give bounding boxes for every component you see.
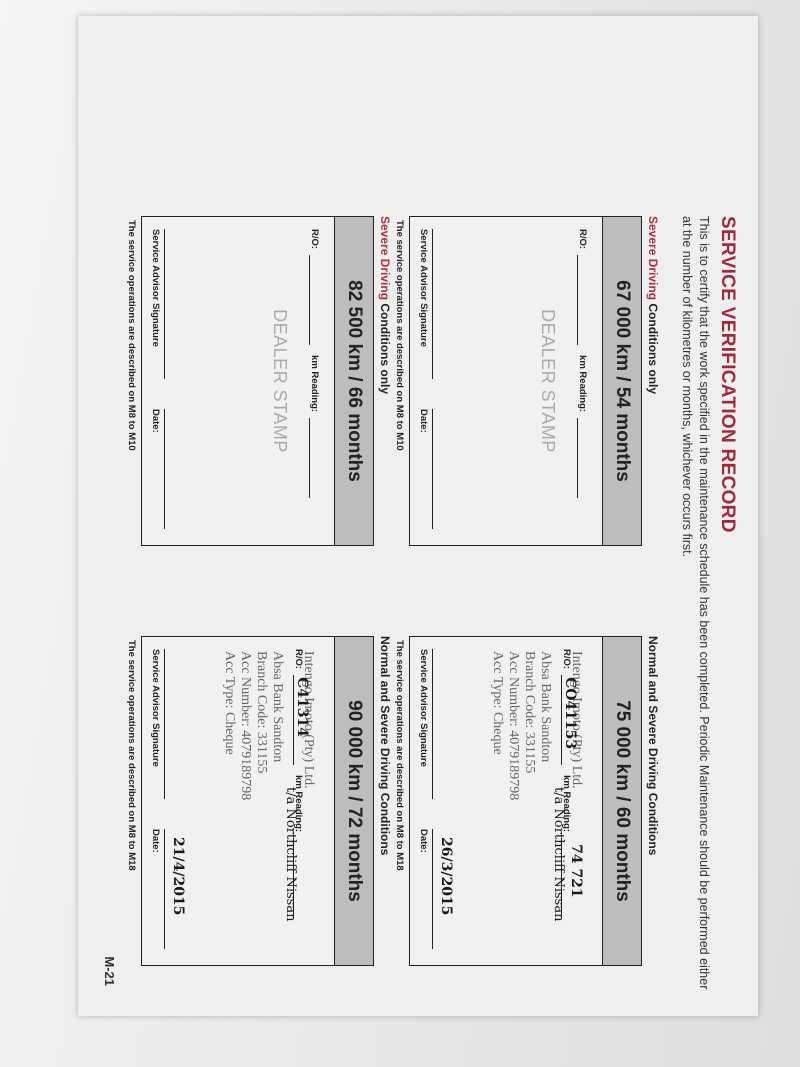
interval-heading: 67 000 km / 54 months	[602, 217, 641, 545]
km-reading-label: km Reading:	[577, 355, 588, 412]
service-card-67000: Severe Driving Conditions only 67 000 km…	[394, 216, 660, 546]
service-box: 82 500 km / 66 months R/O:km Reading: DE…	[141, 216, 374, 546]
intro-text: This is to certify that the work specifi…	[678, 216, 712, 996]
dealer-name: t/a Northcliff Nissan	[551, 787, 566, 921]
signature-field[interactable]: Service Advisor Signature	[418, 649, 433, 799]
ro-field[interactable]: CO41153	[561, 675, 576, 765]
dealer-stamp-area: DEALER STAMP	[269, 217, 290, 545]
condition-label: Normal and Severe Driving Conditions	[378, 636, 392, 966]
interval-heading: 82 500 km / 66 months	[334, 217, 373, 545]
km-reading-field[interactable]	[577, 418, 592, 498]
date-field[interactable]: Date:26/3/2015	[418, 829, 433, 949]
ro-label: R/O:	[577, 229, 588, 249]
interval-heading: 90 000 km / 72 months	[334, 637, 373, 965]
service-box: 75 000 km / 60 months Intengo Imoto (Pty…	[409, 636, 642, 966]
signature-field[interactable]: Service Advisor Signature	[150, 229, 165, 379]
page-number: M-21	[102, 956, 117, 986]
ro-field[interactable]	[577, 255, 592, 345]
interval-heading: 75 000 km / 60 months	[602, 637, 641, 965]
date-field[interactable]: Date:	[418, 409, 433, 529]
condition-label: Severe Driving Conditions only	[378, 216, 392, 546]
service-card-75000: Normal and Severe Driving Conditions 75 …	[394, 636, 660, 966]
km-reading-field[interactable]	[309, 418, 324, 498]
km-reading-label: km Reading:	[309, 355, 320, 412]
service-card-90000: Normal and Severe Driving Conditions 90 …	[126, 636, 392, 966]
service-note: The service operations are described on …	[126, 636, 141, 966]
date-field[interactable]: Date:21/4/2015	[150, 829, 165, 949]
service-note: The service operations are described on …	[126, 216, 141, 546]
ro-field[interactable]	[309, 255, 324, 345]
condition-label: Severe Driving Conditions only	[646, 216, 660, 546]
booklet-page: SERVICE VERIFICATION RECORD This is to c…	[78, 16, 758, 1016]
condition-label: Normal and Severe Driving Conditions	[646, 636, 660, 966]
service-note: The service operations are described on …	[394, 216, 409, 546]
page-title: SERVICE VERIFICATION RECORD	[716, 216, 738, 533]
service-card-82500: Severe Driving Conditions only 82 500 km…	[126, 216, 392, 546]
date-field[interactable]: Date:	[150, 409, 165, 529]
service-box: 90 000 km / 72 months Intengo Imoto (Pty…	[141, 636, 374, 966]
service-box: 67 000 km / 54 months R/O:km Reading: DE…	[409, 216, 642, 546]
dealer-stamp-area: DEALER STAMP	[537, 217, 558, 545]
signature-field[interactable]: Service Advisor Signature	[418, 229, 433, 379]
signature-field[interactable]: Service Advisor Signature	[150, 649, 165, 799]
dealer-name: t/a Northcliff Nissan	[283, 787, 298, 921]
ro-field[interactable]: C41314	[293, 675, 308, 765]
service-note: The service operations are described on …	[394, 636, 409, 966]
ro-label: R/O:	[309, 229, 320, 249]
